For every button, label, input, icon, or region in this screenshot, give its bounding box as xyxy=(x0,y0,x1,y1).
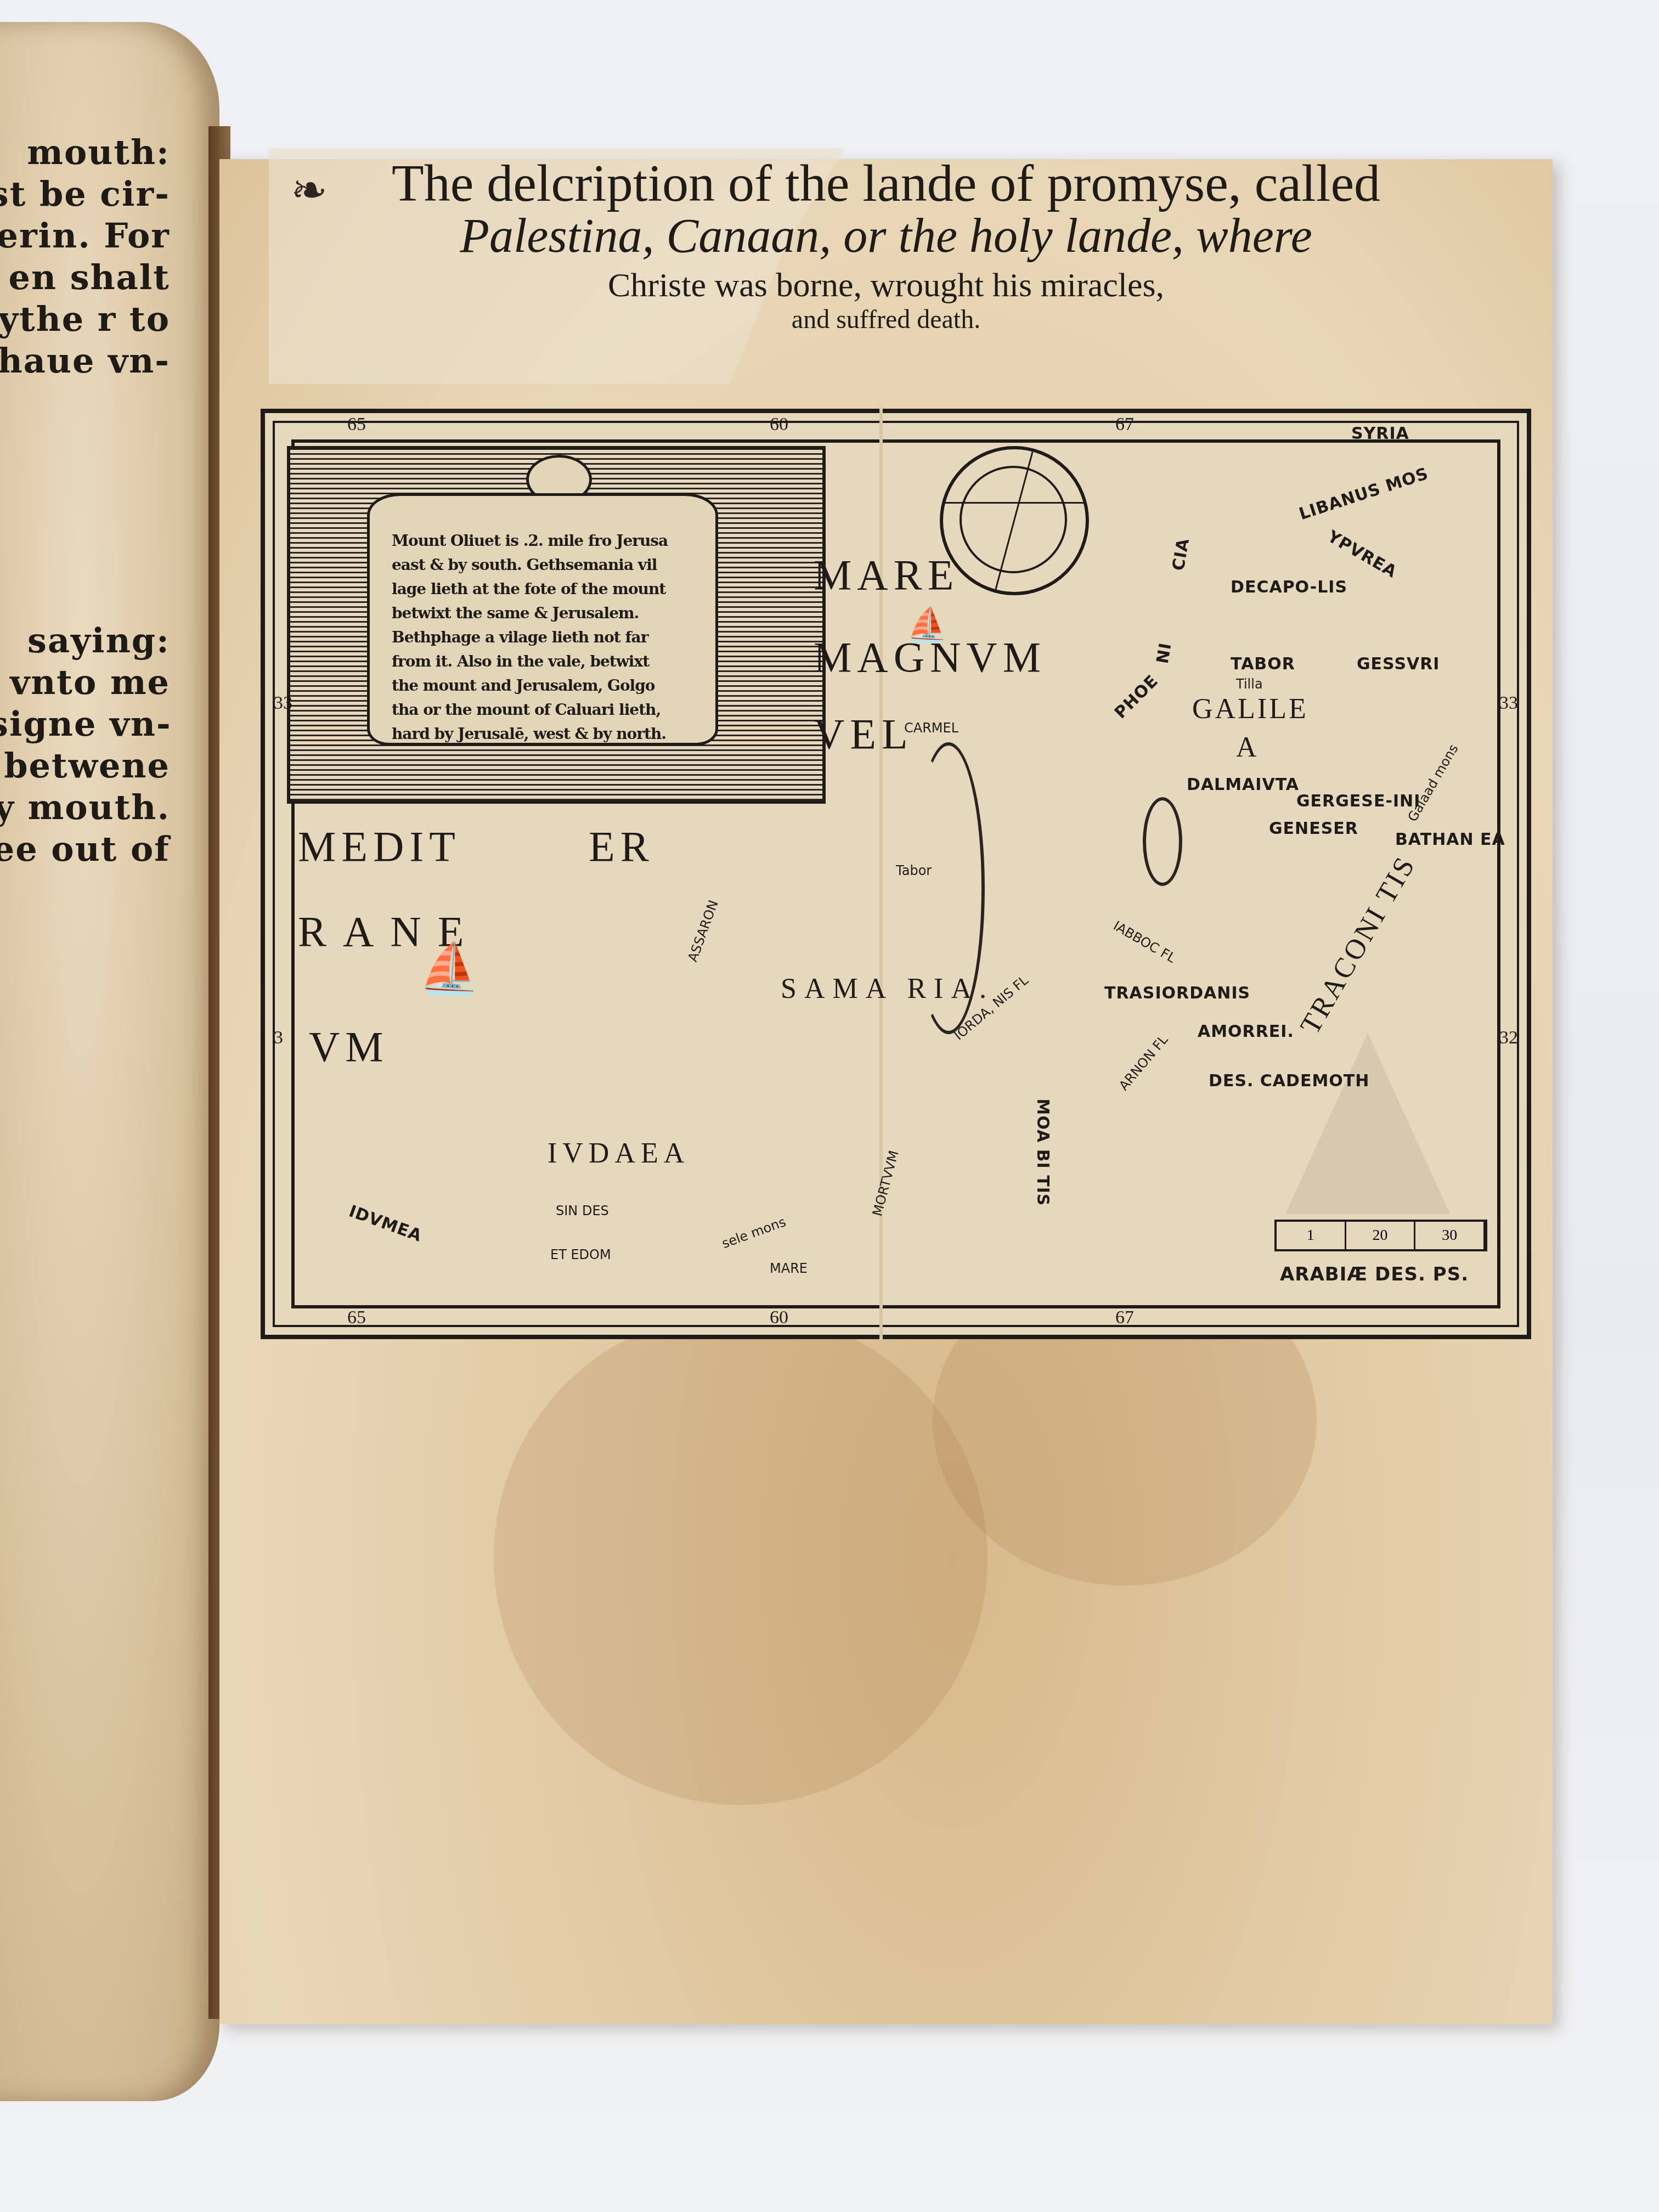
label-trachonitis: TRACONI TIS xyxy=(1294,850,1423,1040)
label-geneser: GENESER xyxy=(1269,819,1358,838)
border-number: 60 xyxy=(770,1307,788,1328)
title-line-2: Palestina, Canaan, or the holy lande, wh… xyxy=(219,208,1553,264)
ship-icon: ⛵ xyxy=(907,605,948,644)
cartouche: Mount Oliuet is .2. mile fro Jerusa east… xyxy=(287,446,826,804)
border-number: 60 xyxy=(770,414,788,435)
left-page-text-block-2: saying: vnto me signe vn- betwene y mout… xyxy=(0,620,170,870)
label-sele-mons: sele mons xyxy=(720,1214,788,1251)
label-gergeseni: GERGESE-INI xyxy=(1296,792,1420,811)
border-number: 65 xyxy=(347,1307,366,1328)
label-gessuri: GESSVRI xyxy=(1357,654,1440,674)
water-stain xyxy=(494,1311,988,1805)
label-assaron: ASSARON xyxy=(685,898,721,964)
label-tilla: Tilla xyxy=(1236,676,1263,692)
label-arabia: ARABIÆ DES. PS. xyxy=(1280,1263,1469,1285)
border-number: 67 xyxy=(1115,414,1134,435)
label-phoenicia: CIA xyxy=(1169,537,1193,572)
border-number: 32 xyxy=(1499,1028,1518,1048)
title-line-4: and suffred death. xyxy=(219,304,1553,335)
label-iabboc: IABBOC FL xyxy=(1110,918,1178,966)
sea-label-vm: VM xyxy=(309,1022,389,1071)
right-page: ❧ The delcription of the lande of promys… xyxy=(219,159,1553,2024)
compass-rose-icon xyxy=(940,446,1089,595)
sea-label-er: ER xyxy=(589,822,654,871)
border-number: 3 xyxy=(274,1028,283,1048)
woodcut-map: Mount Oliuet is .2. mile fro Jerusa east… xyxy=(261,409,1531,1339)
sea-label-medit: MEDIT xyxy=(298,822,461,871)
label-decapolis: DECAPO-LIS xyxy=(1231,578,1347,597)
label-phoenicia: NI xyxy=(1153,641,1176,665)
label-amorrei: AMORREI. xyxy=(1198,1022,1294,1041)
label-libanus: LIBANUS MOS xyxy=(1297,464,1431,524)
dividers-icon xyxy=(1285,1033,1450,1214)
border-number: 33 xyxy=(1499,693,1518,714)
sea-label-vel: VEL xyxy=(814,709,913,759)
label-et-edom: ET EDOM xyxy=(550,1247,611,1262)
label-mare-mortuum: MORTVVM xyxy=(870,1149,902,1218)
label-galilea: A xyxy=(1236,731,1259,764)
sea-label-mare: MARE xyxy=(814,550,959,600)
label-mare-dead-sea: MARE xyxy=(770,1261,808,1276)
label-arnon: ARNON FL xyxy=(1116,1032,1171,1093)
label-bathanea: BATHAN EA xyxy=(1395,830,1505,849)
label-iudaea: IVDAEA xyxy=(548,1137,690,1170)
label-sin-des: SIN DES xyxy=(556,1203,609,1218)
label-galaad: Galaad mons xyxy=(1404,742,1461,825)
left-page: mouth: st be cir- erin. For en shalt yth… xyxy=(0,22,219,2101)
border-number: 67 xyxy=(1115,1307,1134,1328)
label-dalmanuta: DALMAIVTA xyxy=(1187,775,1299,794)
label-tabor: TABOR xyxy=(1231,654,1295,674)
label-carmel: CARMEL xyxy=(904,720,958,736)
sea-of-galilee xyxy=(1143,797,1182,886)
border-number: 65 xyxy=(347,414,366,435)
label-phoenicia: PHOE xyxy=(1111,672,1162,723)
title-line-1: The delcription of the lande of promyse,… xyxy=(219,153,1553,213)
jordan-river xyxy=(912,742,985,1034)
label-syria: SYRIA xyxy=(1351,424,1409,443)
label-idumea: IDVMEA xyxy=(346,1201,424,1245)
left-page-text-block-1: mouth: st be cir- erin. For en shalt yth… xyxy=(0,132,170,382)
cartouche-text-panel: Mount Oliuet is .2. mile fro Jerusa east… xyxy=(367,493,718,746)
label-moabitis: MOA BI TIS xyxy=(1033,1099,1052,1206)
ship-icon: ⛵ xyxy=(419,940,480,997)
title-line-3: Christe was borne, wrought his miracles, xyxy=(219,266,1553,305)
scale-bar: 1 20 30 xyxy=(1274,1220,1487,1251)
label-ypurea: YPVREA xyxy=(1324,527,1401,582)
border-number: 33 xyxy=(274,693,292,714)
label-galilea: GALILE xyxy=(1192,693,1308,725)
label-trasiordanis: TRASIORDANIS xyxy=(1104,984,1250,1003)
